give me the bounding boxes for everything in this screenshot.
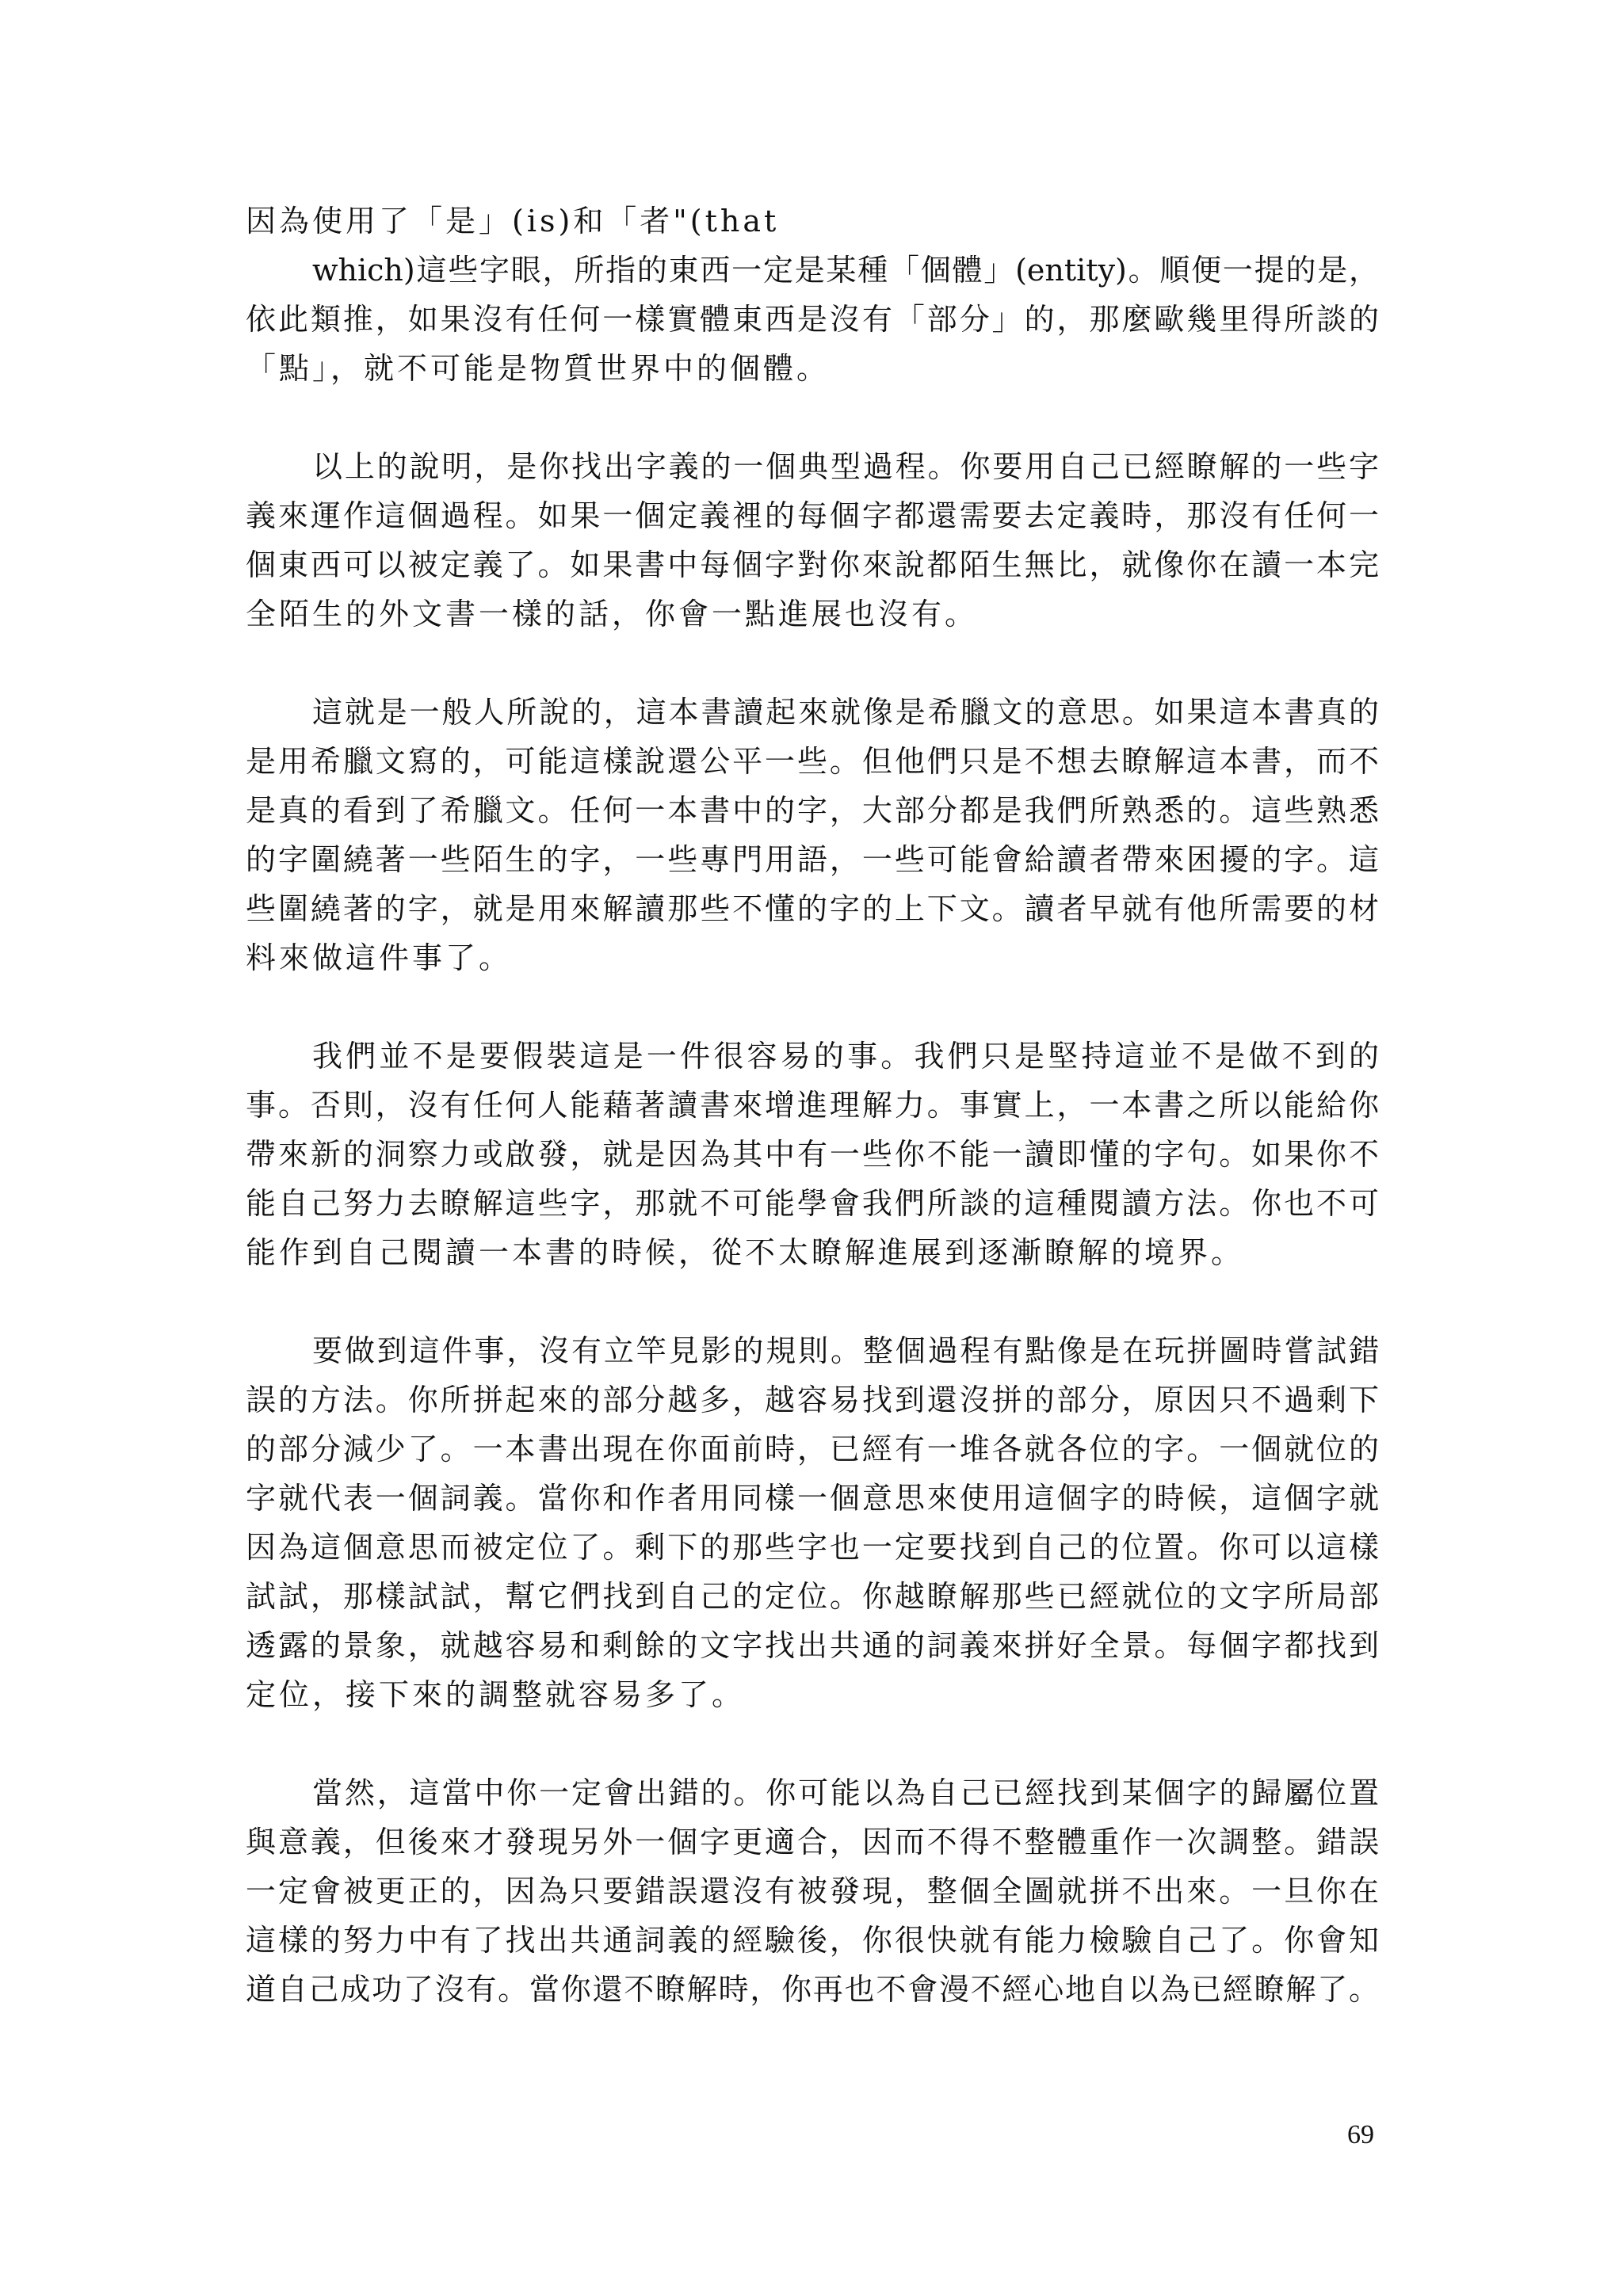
text-line: 些圍繞著的字，就是用來解讀那些不懂的字的上下文。讀者早就有他所需要的材	[246, 884, 1379, 933]
paragraph-spacer	[246, 639, 1379, 688]
text-line: 一定會被更正的，因為只要錯誤還沒有被發現，整個全圖就拼不出來。一旦你在	[246, 1867, 1379, 1916]
text-line: 誤的方法。你所拼起來的部分越多，越容易找到還沒拼的部分，原因只不過剩下	[246, 1375, 1379, 1425]
paragraph: 我們並不是要假裝這是一件很容易的事。我們只是堅持這並不是做不到的 事。否則，沒有…	[246, 1032, 1379, 1277]
text-line: 要做到這件事，沒有立竿見影的規則。整個過程有點像是在玩拼圖時嘗試錯	[246, 1326, 1379, 1375]
text-line: 這就是一般人所說的，這本書讀起來就像是希臘文的意思。如果這本書真的	[246, 688, 1379, 737]
text-line: 以上的說明，是你找出字義的一個典型過程。你要用自己已經瞭解的一些字	[246, 442, 1379, 491]
paragraph: 當然，這當中你一定會出錯的。你可能以為自己已經找到某個字的歸屬位置 與意義，但後…	[246, 1768, 1379, 2014]
text-line: 帶來新的洞察力或啟發，就是因為其中有一些你不能一讀即懂的字句。如果你不	[246, 1130, 1379, 1179]
page-body: 因為使用了「是」(is)和「者"(that which)這些字眼，所指的東西一定…	[246, 196, 1379, 2014]
text-line: 「點」，就不可能是物質世界中的個體。	[246, 344, 1379, 393]
text-line: 的部分減少了。一本書出現在你面前時，已經有一堆各就各位的字。一個就位的	[246, 1425, 1379, 1474]
paragraph: 這就是一般人所說的，這本書讀起來就像是希臘文的意思。如果這本書真的 是用希臘文寫…	[246, 688, 1379, 982]
text-line: 料來做這件事了。	[246, 933, 1379, 982]
text-line: 個東西可以被定義了。如果書中每個字對你來說都陌生無比，就像你在讀一本完	[246, 540, 1379, 589]
text-line: 事。否則，沒有任何人能藉著讀書來增進理解力。事實上，一本書之所以能給你	[246, 1081, 1379, 1130]
paragraph-spacer	[246, 1277, 1379, 1326]
text-line: 透露的景象，就越容易和剩餘的文字找出共通的詞義來拼好全景。每個字都找到	[246, 1621, 1379, 1670]
text-line: which)這些字眼，所指的東西一定是某種「個體」(entity)。順便一提的是…	[246, 246, 1379, 295]
text-line: 的字圍繞著一些陌生的字，一些專門用語，一些可能會給讀者帶來困擾的字。這	[246, 835, 1379, 884]
text-line: 定位，接下來的調整就容易多了。	[246, 1670, 1379, 1719]
text-line: 能作到自己閱讀一本書的時候，從不太瞭解進展到逐漸瞭解的境界。	[246, 1228, 1379, 1277]
text-line: 因為這個意思而被定位了。剩下的那些字也一定要找到自己的位置。你可以這樣	[246, 1523, 1379, 1572]
text-line: 試試，那樣試試，幫它們找到自己的定位。你越瞭解那些已經就位的文字所局部	[246, 1572, 1379, 1621]
paragraph-spacer	[246, 393, 1379, 442]
text-line: 全陌生的外文書一樣的話，你會一點進展也沒有。	[246, 589, 1379, 639]
paragraph-spacer	[246, 982, 1379, 1032]
text-line: 這樣的努力中有了找出共通詞義的經驗後，你很快就有能力檢驗自己了。你會知	[246, 1916, 1379, 1965]
text-line: 與意義，但後來才發現另外一個字更適合，因而不得不整體重作一次調整。錯誤	[246, 1817, 1379, 1867]
text-line: 道自己成功了沒有。當你還不瞭解時，你再也不會漫不經心地自以為已經瞭解了。	[246, 1965, 1379, 2014]
text-line: 字就代表一個詞義。當你和作者用同樣一個意思來使用這個字的時候，這個字就	[246, 1474, 1379, 1523]
page-number: 69	[1347, 2120, 1374, 2150]
text-line: 依此類推，如果沒有任何一樣實體東西是沒有「部分」的，那麼歐幾里得所談的	[246, 295, 1379, 344]
text-line: 義來運作這個過程。如果一個定義裡的每個字都還需要去定義時，那沒有任何一	[246, 491, 1379, 540]
text-line: 當然，這當中你一定會出錯的。你可能以為自己已經找到某個字的歸屬位置	[246, 1768, 1379, 1817]
paragraph: 以上的說明，是你找出字義的一個典型過程。你要用自己已經瞭解的一些字 義來運作這個…	[246, 442, 1379, 639]
text-line: 能自己努力去瞭解這些字，那就不可能學會我們所談的這種閱讀方法。你也不可	[246, 1179, 1379, 1228]
paragraph: 要做到這件事，沒有立竿見影的規則。整個過程有點像是在玩拼圖時嘗試錯 誤的方法。你…	[246, 1326, 1379, 1719]
text-line: 是真的看到了希臘文。任何一本書中的字，大部分都是我們所熟悉的。這些熟悉	[246, 786, 1379, 835]
text-line: 我們並不是要假裝這是一件很容易的事。我們只是堅持這並不是做不到的	[246, 1032, 1379, 1081]
paragraph-spacer	[246, 1719, 1379, 1768]
paragraph: 因為使用了「是」(is)和「者"(that which)這些字眼，所指的東西一定…	[246, 196, 1379, 393]
text-line: 因為使用了「是」(is)和「者"(that	[246, 196, 1379, 246]
text-line: 是用希臘文寫的，可能這樣說還公平一些。但他們只是不想去瞭解這本書，而不	[246, 737, 1379, 786]
